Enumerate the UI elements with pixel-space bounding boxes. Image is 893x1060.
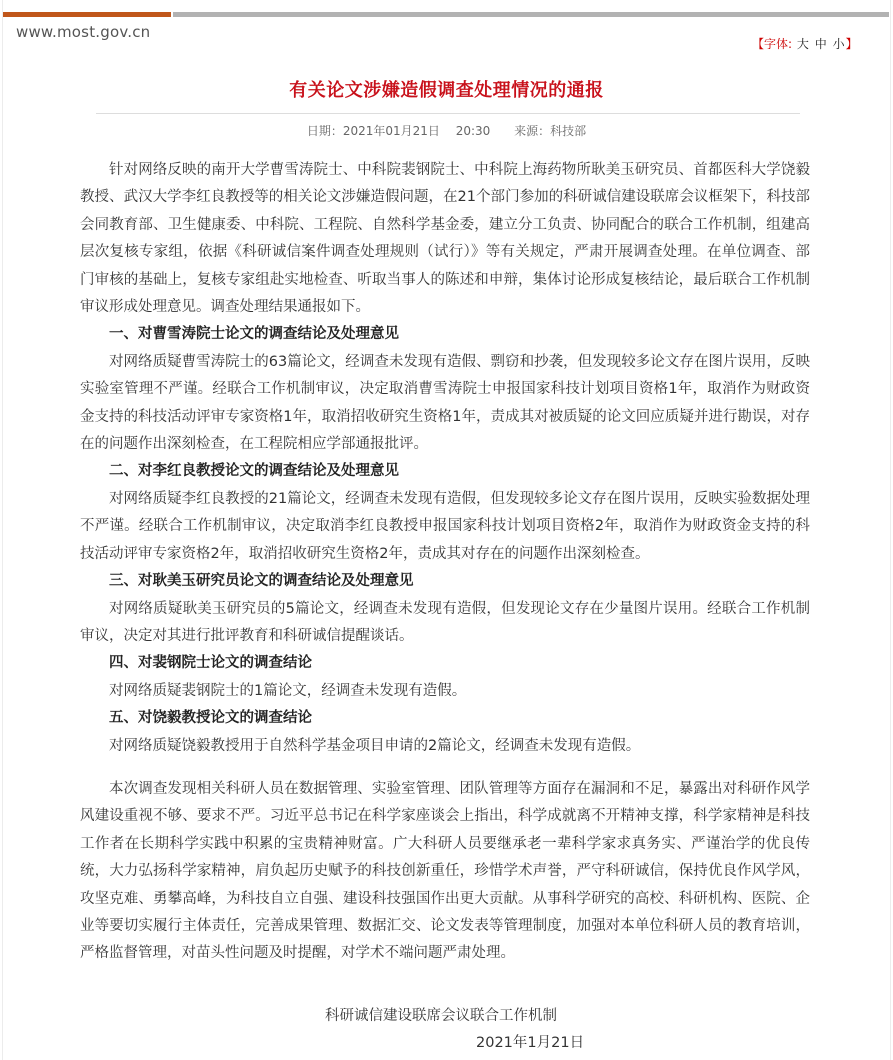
article-source: 来源：科技部 (514, 124, 586, 138)
publish-date: 日期：2021年01月21日 (307, 124, 440, 138)
top-color-bar (3, 12, 889, 17)
section-body-3: 对网络质疑耿美玉研究员的5篇论文，经调查未发现有造假，但发现论文存在少量图片误用… (80, 596, 810, 651)
top-bar-accent (3, 12, 171, 17)
font-size-large-button[interactable]: 大 (796, 37, 810, 51)
section-heading-3: 三、对耿美玉研究员论文的调查结论及处理意见 (80, 568, 810, 595)
publish-time: 20:30 (456, 124, 491, 138)
section-body-1: 对网络质疑曹雪涛院士的63篇论文，经调查未发现有造假、剽窃和抄袭，但发现较多论文… (80, 349, 810, 459)
section-heading-5: 五、对饶毅教授论文的调查结论 (80, 705, 810, 732)
section-heading-1: 一、对曹雪涛院士论文的调查结论及处理意见 (80, 321, 810, 348)
article-body: 针对网络反映的南开大学曹雪涛院士、中科院裴钢院士、中科院上海药物所耿美玉研究员、… (80, 157, 810, 968)
font-size-control: 【字体: 大 中 小】 (752, 35, 858, 52)
section-body-2: 对网络质疑李红良教授的21篇论文，经调查未发现有造假，但发现较多论文存在图片误用… (80, 486, 810, 568)
font-control-open-bracket: 【 (752, 37, 764, 51)
title-divider (96, 113, 800, 114)
section-heading-2: 二、对李红良教授论文的调查结论及处理意见 (80, 458, 810, 485)
signature-organization: 科研诚信建设联席会议联合工作机制 (0, 1004, 893, 1025)
article-title: 有关论文涉嫌造假调查处理情况的通报 (0, 76, 893, 102)
intro-paragraph: 针对网络反映的南开大学曹雪涛院士、中科院裴钢院士、中科院上海药物所耿美玉研究员、… (80, 157, 810, 321)
section-body-4: 对网络质疑裴钢院士的1篇论文，经调查未发现有造假。 (80, 678, 810, 705)
top-bar-rest (173, 12, 889, 17)
section-body-5: 对网络质疑饶毅教授用于自然科学基金项目申请的2篇论文，经调查未发现有造假。 (80, 733, 810, 760)
signature-date: 2021年1月21日 (0, 1031, 893, 1052)
font-control-close-bracket: 】 (846, 37, 858, 51)
conclusion-paragraph: 本次调查发现相关科研人员在数据管理、实验室管理、团队管理等方面存在漏洞和不足，暴… (80, 776, 810, 968)
font-size-small-button[interactable]: 小 (832, 37, 846, 51)
font-control-label: 字体: (764, 37, 792, 51)
site-url: www.most.gov.cn (16, 23, 150, 41)
section-heading-4: 四、对裴钢院士论文的调查结论 (80, 650, 810, 677)
article-meta: 日期：2021年01月21日 20:30 来源：科技部 (0, 122, 893, 139)
font-size-medium-button[interactable]: 中 (814, 37, 828, 51)
paragraph-gap (80, 760, 810, 776)
